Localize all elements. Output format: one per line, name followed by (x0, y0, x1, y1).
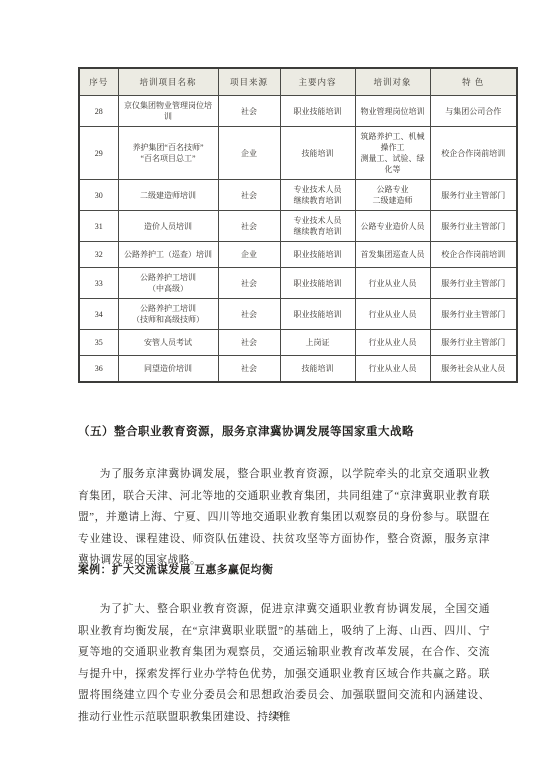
table-cell: 养护集团“百名技师” “百名项目总工” (118, 127, 218, 180)
table-cell: 社会 (218, 268, 280, 299)
table-cell: 服务行业主管部门 (430, 268, 517, 299)
table-cell: 公路养护工培训 （技师和高级技师） (118, 299, 218, 330)
column-header: 项目来源 (218, 68, 280, 96)
table-row: 30二级建造师培训社会专业技术人员 继续教育培训公路专业 二级建造师服务行业主管… (79, 180, 517, 211)
table-cell: 社会 (218, 211, 280, 242)
table-cell: 30 (79, 180, 118, 211)
table-cell: 造价人员培训 (118, 211, 218, 242)
table-cell: 技能培训 (280, 127, 355, 180)
table-cell: 职业技能培训 (280, 299, 355, 330)
table-cell: 29 (79, 127, 118, 180)
table-cell: 物业管理岗位培训 (355, 96, 430, 127)
table-row: 32公路养护工（巡查）培训企业职业技能培训首发集团巡查人员校企合作岗前培训 (79, 242, 517, 268)
table-cell: 行业从业人员 (355, 356, 430, 382)
training-table: 序号培训项目名称项目来源主要内容培训对象特 色 28京仪集团物业管理岗位培训社会… (78, 67, 518, 383)
table-cell: 企业 (218, 127, 280, 180)
table-cell: 服务行业主管部门 (430, 211, 517, 242)
table-cell: 二级建造师培训 (118, 180, 218, 211)
column-header: 序号 (79, 68, 118, 96)
table-cell: 京仪集团物业管理岗位培训 (118, 96, 218, 127)
table-cell: 同望造价培训 (118, 356, 218, 382)
table-cell: 首发集团巡查人员 (355, 242, 430, 268)
paragraph-case: 为了扩大、整合职业教育资源，促进京津冀交通职业教育协调发展，全国交通职业教育均衡… (78, 599, 490, 728)
column-header: 培训对象 (355, 68, 430, 96)
table-cell: 32 (79, 242, 118, 268)
table-cell: 33 (79, 268, 118, 299)
table-cell: 安管人员考试 (118, 330, 218, 356)
table-cell: 职业技能培训 (280, 242, 355, 268)
column-header: 特 色 (430, 68, 517, 96)
case-heading: 案例：扩大交流谋发展 互惠多赢促均衡 (78, 563, 492, 578)
table-cell: 公路专业 二级建造师 (355, 180, 430, 211)
table-cell: 服务行业主管部门 (430, 299, 517, 330)
training-table-body: 28京仪集团物业管理岗位培训社会职业技能培训物业管理岗位培训与集团公司合作29养… (79, 96, 517, 382)
table-cell: 社会 (218, 96, 280, 127)
table-row: 31造价人员培训社会专业技术人员 继续教育培训公路专业造价人员服务行业主管部门 (79, 211, 517, 242)
table-cell: 社会 (218, 356, 280, 382)
paragraph-intro: 为了服务京津冀协调发展，整合职业教育资源，以学院牵头的北京交通职业教育集团，联合… (78, 464, 490, 572)
table-cell: 上岗证 (280, 330, 355, 356)
table-cell: 社会 (218, 299, 280, 330)
table-cell: 公路养护工（巡查）培训 (118, 242, 218, 268)
table-cell: 31 (79, 211, 118, 242)
table-row: 33公路养护工培训 （中高级）社会职业技能培训行业从业人员服务行业主管部门 (79, 268, 517, 299)
table-row: 36同望造价培训社会技能培训行业从业人员服务社会从业人员 (79, 356, 517, 382)
table-cell: 职业技能培训 (280, 96, 355, 127)
table-cell: 企业 (218, 242, 280, 268)
table-cell: 专业技术人员 继续教育培训 (280, 211, 355, 242)
table-cell: 服务行业主管部门 (430, 330, 517, 356)
table-cell: 技能培训 (280, 356, 355, 382)
table-cell: 行业从业人员 (355, 299, 430, 330)
table-cell: 社会 (218, 180, 280, 211)
table-cell: 服务社会从业人员 (430, 356, 517, 382)
section-heading: （五）整合职业教育资源，服务京津冀协调发展等国家重大战略 (78, 424, 492, 440)
table-cell: 35 (79, 330, 118, 356)
table-cell: 行业从业人员 (355, 330, 430, 356)
header-row: 序号培训项目名称项目来源主要内容培训对象特 色 (79, 68, 517, 96)
table-cell: 与集团公司合作 (430, 96, 517, 127)
page-number: 29 (0, 710, 554, 720)
training-table-header: 序号培训项目名称项目来源主要内容培训对象特 色 (79, 68, 517, 96)
table-cell: 职业技能培训 (280, 268, 355, 299)
document-page: 序号培训项目名称项目来源主要内容培训对象特 色 28京仪集团物业管理岗位培训社会… (0, 0, 554, 784)
column-header: 培训项目名称 (118, 68, 218, 96)
table-cell: 校企合作岗前培训 (430, 242, 517, 268)
table-row: 34公路养护工培训 （技师和高级技师）社会职业技能培训行业从业人员服务行业主管部… (79, 299, 517, 330)
table-cell: 校企合作岗前培训 (430, 127, 517, 180)
table-cell: 服务行业主管部门 (430, 180, 517, 211)
table-cell: 社会 (218, 330, 280, 356)
table-row: 28京仪集团物业管理岗位培训社会职业技能培训物业管理岗位培训与集团公司合作 (79, 96, 517, 127)
table-cell: 28 (79, 96, 118, 127)
table-cell: 行业从业人员 (355, 268, 430, 299)
table-cell: 专业技术人员 继续教育培训 (280, 180, 355, 211)
table-cell: 公路养护工培训 （中高级） (118, 268, 218, 299)
column-header: 主要内容 (280, 68, 355, 96)
table-cell: 34 (79, 299, 118, 330)
table-cell: 筑路养护工、机械操作工 测量工、试验、绿化等 (355, 127, 430, 180)
table-cell: 36 (79, 356, 118, 382)
table-row: 35安管人员考试社会上岗证行业从业人员服务行业主管部门 (79, 330, 517, 356)
table-row: 29养护集团“百名技师” “百名项目总工”企业技能培训筑路养护工、机械操作工 测… (79, 127, 517, 180)
table-cell: 公路专业造价人员 (355, 211, 430, 242)
